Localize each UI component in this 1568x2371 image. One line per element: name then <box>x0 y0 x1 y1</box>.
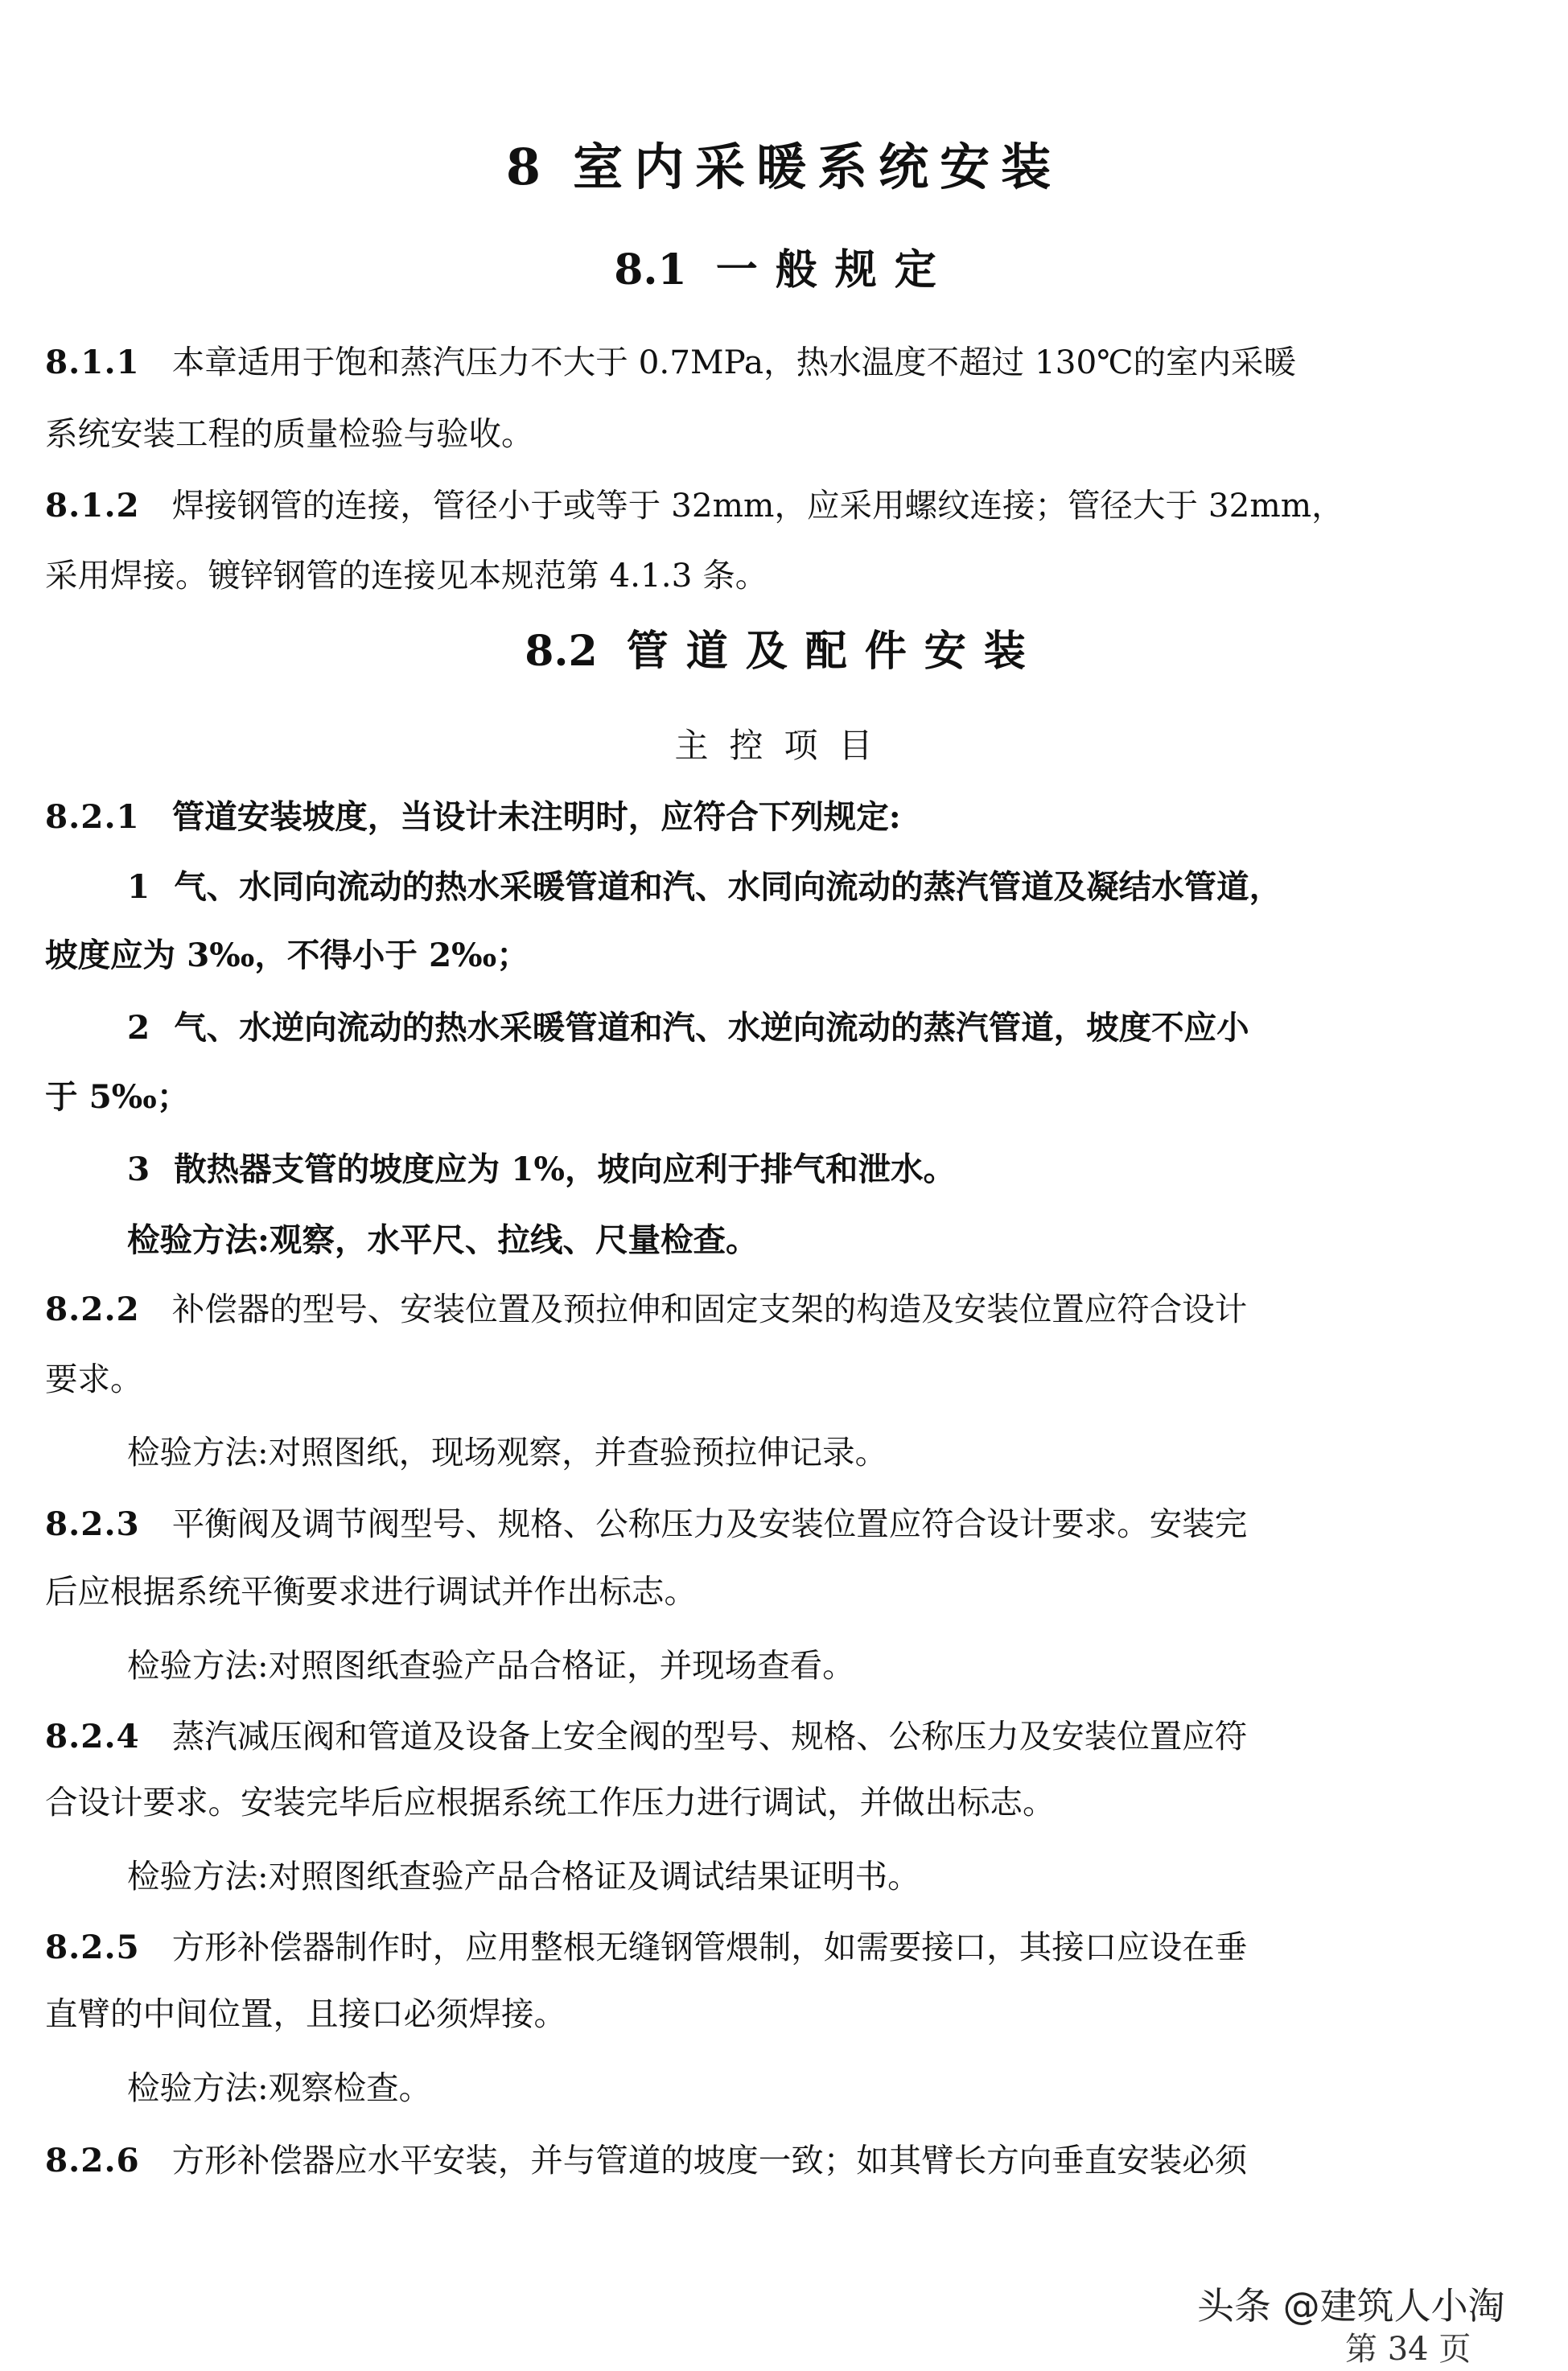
item-number: 3 <box>127 1150 150 1188</box>
item-1-cont: 坡度应为 3‰，不得小于 2‰； <box>45 935 1525 975</box>
clause-number: 8.2.6 <box>45 2141 140 2180</box>
clause-8-2-5: 8.2.5方形补偿器制作时，应用整根无缝钢管煨制，如需要接口，其接口应设在垂 <box>45 1927 1525 1967</box>
document-page: 8室内采暖系统安装 8.1一般规定 8.1.1本章适用于饱和蒸汽压力不大于 0.… <box>0 0 1568 2371</box>
clause-text: 方形补偿器应水平安装，并与管道的坡度一致；如其臂长方向垂直安装必须 <box>172 2141 1248 2180</box>
clause-text: 焊接钢管的连接，管径小于或等于 32mm，应采用螺纹连接；管径大于 32mm， <box>172 486 1344 525</box>
item-2-cont: 于 5‰； <box>45 1076 1525 1117</box>
item-3: 3散热器支管的坡度应为 1%，坡向应利于排气和泄水。 <box>127 1149 1568 1189</box>
clause-8-2-6: 8.2.6方形补偿器应水平安装，并与管道的坡度一致；如其臂长方向垂直安装必须 <box>45 2140 1525 2180</box>
clause-text: 方形补偿器制作时，应用整根无缝钢管煨制，如需要接口，其接口应设在垂 <box>172 1928 1248 1966</box>
item-2: 2气、水逆向流动的热水采暖管道和汽、水逆向流动的蒸汽管道，坡度不应小 <box>127 1007 1568 1048</box>
clause-number: 8.1.2 <box>45 486 140 525</box>
clause-number: 8.2.3 <box>45 1505 140 1543</box>
section-number: 8.1 <box>614 245 686 294</box>
chapter-title-text: 室内采暖系统安装 <box>573 138 1062 196</box>
clause-8-1-1-cont: 系统安装工程的质量检验与验收。 <box>45 414 1525 454</box>
item-number: 2 <box>127 1008 150 1047</box>
section-heading-8-1: 8.1一般规定 <box>0 246 1568 294</box>
subheading-main-control: 主控项目 <box>0 726 1568 766</box>
clause-8-2-3-cont: 后应根据系统平衡要求进行调试并作出标志。 <box>45 1571 1525 1612</box>
section-heading-8-2: 8.2管道及配件安装 <box>0 628 1568 676</box>
clause-text: 管道安装坡度，当设计未注明时，应符合下列规定: <box>172 797 901 836</box>
clause-8-1-1: 8.1.1本章适用于饱和蒸汽压力不大于 0.7MPa，热水温度不超过 130℃的… <box>45 342 1525 382</box>
clause-8-2-4-cont: 合设计要求。安装完毕后应根据系统工作压力进行调试，并做出标志。 <box>45 1782 1525 1822</box>
clause-8-2-2-cont: 要求。 <box>45 1359 1525 1399</box>
item-text: 散热器支管的坡度应为 1%，坡向应利于排气和泄水。 <box>174 1150 956 1188</box>
page-number: 第 34 页 <box>1345 2324 1471 2369</box>
section-number: 8.2 <box>525 627 597 676</box>
chapter-title: 8室内采暖系统安装 <box>0 138 1568 196</box>
clause-number: 8.2.4 <box>45 1717 140 1756</box>
clause-text: 平衡阀及调节阀型号、规格、公称压力及安装位置应符合设计要求。安装完 <box>172 1505 1248 1543</box>
clause-text: 补偿器的型号、安装位置及预拉伸和固定支架的构造及安装位置应符合设计 <box>172 1290 1248 1328</box>
section-title: 一般规定 <box>716 245 954 294</box>
clause-8-2-5-cont: 直臂的中间位置，且接口必须焊接。 <box>45 1994 1525 2034</box>
clause-8-2-2: 8.2.2补偿器的型号、安装位置及预拉伸和固定支架的构造及安装位置应符合设计 <box>45 1289 1525 1329</box>
clause-8-1-2: 8.1.2焊接钢管的连接，管径小于或等于 32mm，应采用螺纹连接；管径大于 3… <box>45 485 1525 525</box>
check-method-8-2-3: 检验方法:对照图纸查验产品合格证，并现场查看。 <box>127 1645 1568 1686</box>
item-1: 1气、水同向流动的热水采暖管道和汽、水同向流动的蒸汽管道及凝结水管道， <box>127 866 1568 907</box>
section-title: 管道及配件安装 <box>627 627 1043 676</box>
clause-8-2-4: 8.2.4蒸汽减压阀和管道及设备上安全阀的型号、规格、公称压力及安装位置应符 <box>45 1716 1525 1756</box>
clause-number: 8.2.5 <box>45 1928 140 1966</box>
item-text: 气、水同向流动的热水采暖管道和汽、水同向流动的蒸汽管道及凝结水管道， <box>174 867 1282 906</box>
item-text: 气、水逆向流动的热水采暖管道和汽、水逆向流动的蒸汽管道，坡度不应小 <box>174 1008 1249 1047</box>
chapter-number: 8 <box>506 138 541 196</box>
check-method-8-2-4: 检验方法:对照图纸查验产品合格证及调试结果证明书。 <box>127 1856 1568 1896</box>
clause-number: 8.2.1 <box>45 797 140 836</box>
clause-text: 本章适用于饱和蒸汽压力不大于 0.7MPa，热水温度不超过 130℃的室内采暖 <box>172 343 1296 381</box>
check-method-8-2-1: 检验方法:观察，水平尺、拉线、尺量检查。 <box>127 1220 1568 1260</box>
watermark: 头条 @建筑人小淘 <box>1197 2277 1505 2330</box>
clause-8-2-3: 8.2.3平衡阀及调节阀型号、规格、公称压力及安装位置应符合设计要求。安装完 <box>45 1504 1525 1544</box>
clause-8-1-2-cont: 采用焊接。镀锌钢管的连接见本规范第 4.1.3 条。 <box>45 555 1525 595</box>
clause-8-2-1: 8.2.1管道安装坡度，当设计未注明时，应符合下列规定: <box>45 797 1525 837</box>
clause-text: 蒸汽减压阀和管道及设备上安全阀的型号、规格、公称压力及安装位置应符 <box>172 1717 1248 1756</box>
check-method-8-2-5: 检验方法:观察检查。 <box>127 2068 1568 2108</box>
clause-number: 8.1.1 <box>45 343 140 381</box>
clause-number: 8.2.2 <box>45 1290 140 1328</box>
item-number: 1 <box>127 867 150 906</box>
check-method-8-2-2: 检验方法:对照图纸，现场观察，并查验预拉伸记录。 <box>127 1432 1568 1472</box>
